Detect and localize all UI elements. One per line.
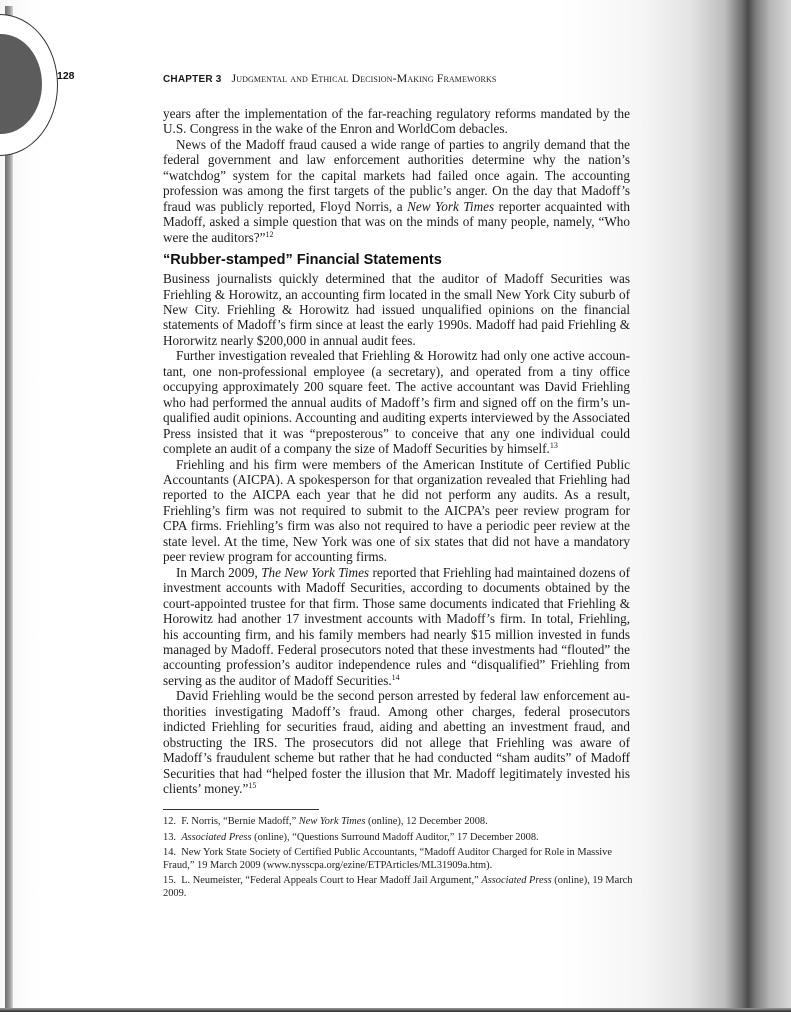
paragraph-continued: years after the implementation of the fa… <box>163 106 630 137</box>
page-number: 128 <box>57 70 75 82</box>
text-run: L. Neumeister, “Federal Appeals Court to… <box>181 875 481 886</box>
body-text: years after the implementation of the fa… <box>163 106 630 796</box>
italic-title: New York Times <box>407 199 494 214</box>
paragraph: Further investigation revealed that Frie… <box>163 348 630 456</box>
page-edge-strip <box>5 6 13 1012</box>
footnote-divider <box>163 809 319 810</box>
text-run: New York State Society of Certified Publ… <box>163 847 612 870</box>
footnotes: 12. F. Norris, “Bernie Madoff,” New York… <box>163 816 643 903</box>
text-run: (online), “Questions Surround Madoff Aud… <box>252 832 539 843</box>
footnote-14: 14. New York State Society of Certified … <box>163 847 643 872</box>
scan-margin <box>0 1012 791 1024</box>
paragraph: Friehling and his firm were members of t… <box>163 457 630 565</box>
footnote-ref[interactable]: 13 <box>550 441 558 450</box>
chapter-label: CHAPTER 3 <box>163 74 221 85</box>
text-run: David Friehling would be the second pers… <box>163 688 630 796</box>
footnote-ref[interactable]: 15 <box>248 781 256 790</box>
footnote-13: 13. Associated Press (online), “Question… <box>163 832 643 844</box>
paragraph: News of the Madoff fraud caused a wide r… <box>163 137 630 245</box>
paragraph: In March 2009, The New York Times report… <box>163 565 630 689</box>
footnote-number: 13. <box>163 832 176 843</box>
section-heading: “Rubber-stamped” Financial Statements <box>163 251 630 269</box>
chapter-title: Judgmental and Ethical Decision-Making F… <box>231 71 496 85</box>
italic-title: New York Times <box>299 816 366 827</box>
paragraph: David Friehling would be the second pers… <box>163 688 630 796</box>
footnote-number: 12. <box>163 816 176 827</box>
text-run: In March 2009, <box>176 565 261 580</box>
footnote-15: 15. L. Neumeister, “Federal Appeals Cour… <box>163 875 643 900</box>
italic-title: Associated Press <box>481 875 551 886</box>
paragraph: Business journalists quickly determined … <box>163 271 630 348</box>
footnote-ref[interactable]: 14 <box>392 673 400 682</box>
text-run: reported that Friehling had maintained d… <box>163 565 630 688</box>
footnote-number: 15. <box>163 875 176 886</box>
italic-title: The New York Times <box>261 565 369 580</box>
footnote-number: 14. <box>163 847 176 858</box>
text-run: F. Norris, “Bernie Madoff,” <box>181 816 299 827</box>
text-run: (online), 12 December 2008. <box>365 816 487 827</box>
italic-title: Associated Press <box>181 832 251 843</box>
footnote-12: 12. F. Norris, “Bernie Madoff,” New York… <box>163 816 643 828</box>
footnote-ref[interactable]: 12 <box>266 230 274 239</box>
running-head: CHAPTER 3Judgmental and Ethical Decision… <box>163 69 496 87</box>
text-run: Further investigation revealed that Frie… <box>163 348 630 456</box>
